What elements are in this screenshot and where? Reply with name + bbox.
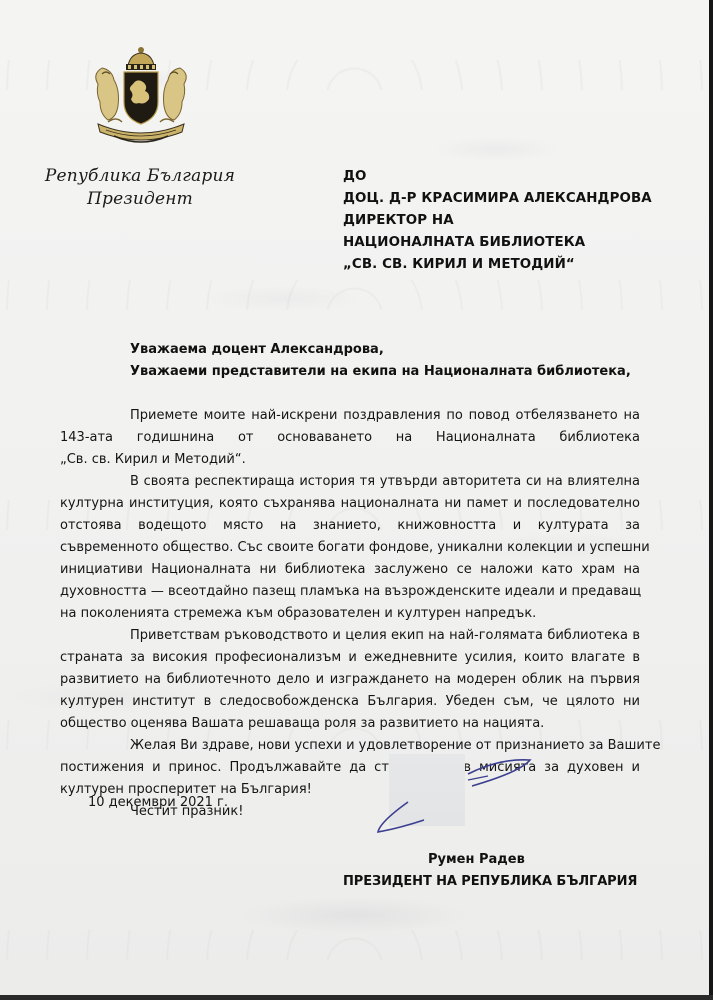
body-line: Приемете моите най-искрени поздравления … [60, 405, 640, 427]
addressee-line: „СВ. СВ. КИРИЛ И МЕТОДИЙ“ [343, 254, 652, 276]
body-line: културен институт в следосвобожденска Бъ… [60, 691, 640, 713]
letter-body: Приемете моите най-искрени поздравления … [60, 405, 640, 823]
paragraph: Желая Ви здраве, нови успехи и удовлетво… [60, 735, 640, 801]
addressee-line: НАЦИОНАЛНАТА БИБЛИОТЕКА [343, 232, 652, 254]
bulgarian-coat-of-arms-icon [78, 44, 204, 154]
letter-date: 10 декември 2021 г. [88, 793, 228, 813]
body-line: културна институция, която съхранява нац… [60, 493, 640, 515]
salutation-line: Уважаема доцент Александрова, [130, 339, 631, 361]
watermark-wave [0, 280, 709, 310]
addressee-line: ДОЦ. Д-Р КРАСИМИРА АЛЕКСАНДРОВА [343, 188, 652, 210]
body-line: духовността — всеотдайно пазещ пламъка н… [60, 581, 640, 603]
body-line: страната за високия професионализъм и еж… [60, 647, 640, 669]
signatory-name: Румен Радев [343, 849, 613, 871]
addressee-block: ДО ДОЦ. Д-Р КРАСИМИРА АЛЕКСАНДРОВА ДИРЕК… [343, 166, 652, 276]
signature-icon [360, 750, 540, 850]
letterhead-title: Република България Президент [30, 165, 250, 211]
body-line: В своята респектираща история тя утвърди… [60, 471, 640, 493]
letterhead-org-line: Република България [30, 165, 250, 188]
body-line: постижения и принос. Продължавайте да ст… [60, 757, 640, 779]
body-line: съвременното общество. Със своите богати… [60, 537, 640, 559]
scan-border [0, 995, 713, 1000]
paragraph: Приемете моите най-искрени поздравления … [60, 405, 640, 471]
letter-page: Република България Президент ДО ДОЦ. Д-Р… [0, 0, 709, 995]
body-line: 143-ата годишнина от основаването на Нац… [60, 427, 640, 449]
salutation-line: Уважаеми представители на екипа на Нацио… [130, 361, 631, 383]
signature-block: Румен Радев ПРЕЗИДЕНТ НА РЕПУБЛИКА БЪЛГА… [343, 849, 613, 893]
body-line: Желая Ви здраве, нови успехи и удовлетво… [60, 735, 640, 757]
body-line: развитието на библиотечното дело и изгра… [60, 669, 640, 691]
addressee-line: ДО [343, 166, 652, 188]
body-line: „Св. св. Кирил и Методий“. [60, 449, 640, 471]
body-line: отстоява водещото място на знанието, кни… [60, 515, 640, 537]
signatory-title: ПРЕЗИДЕНТ НА РЕПУБЛИКА БЪЛГАРИЯ [343, 871, 613, 893]
letterhead-office-line: Президент [30, 188, 250, 211]
body-line: общество оценява Вашата решаваща роля за… [60, 713, 640, 735]
body-line: Приветствам ръководството и целия екип н… [60, 625, 640, 647]
addressee-line: ДИРЕКТОР НА [343, 210, 652, 232]
salutation: Уважаема доцент Александрова, Уважаеми п… [130, 339, 631, 383]
body-line: на поколенията стремежа към образователе… [60, 603, 640, 625]
paragraph: Приветствам ръководството и целия екип н… [60, 625, 640, 735]
paragraph: В своята респектираща история тя утвърди… [60, 471, 640, 625]
body-line: инициативи Националната ни библиотека за… [60, 559, 640, 581]
scan-border [709, 0, 713, 1000]
watermark-wave [0, 930, 709, 960]
